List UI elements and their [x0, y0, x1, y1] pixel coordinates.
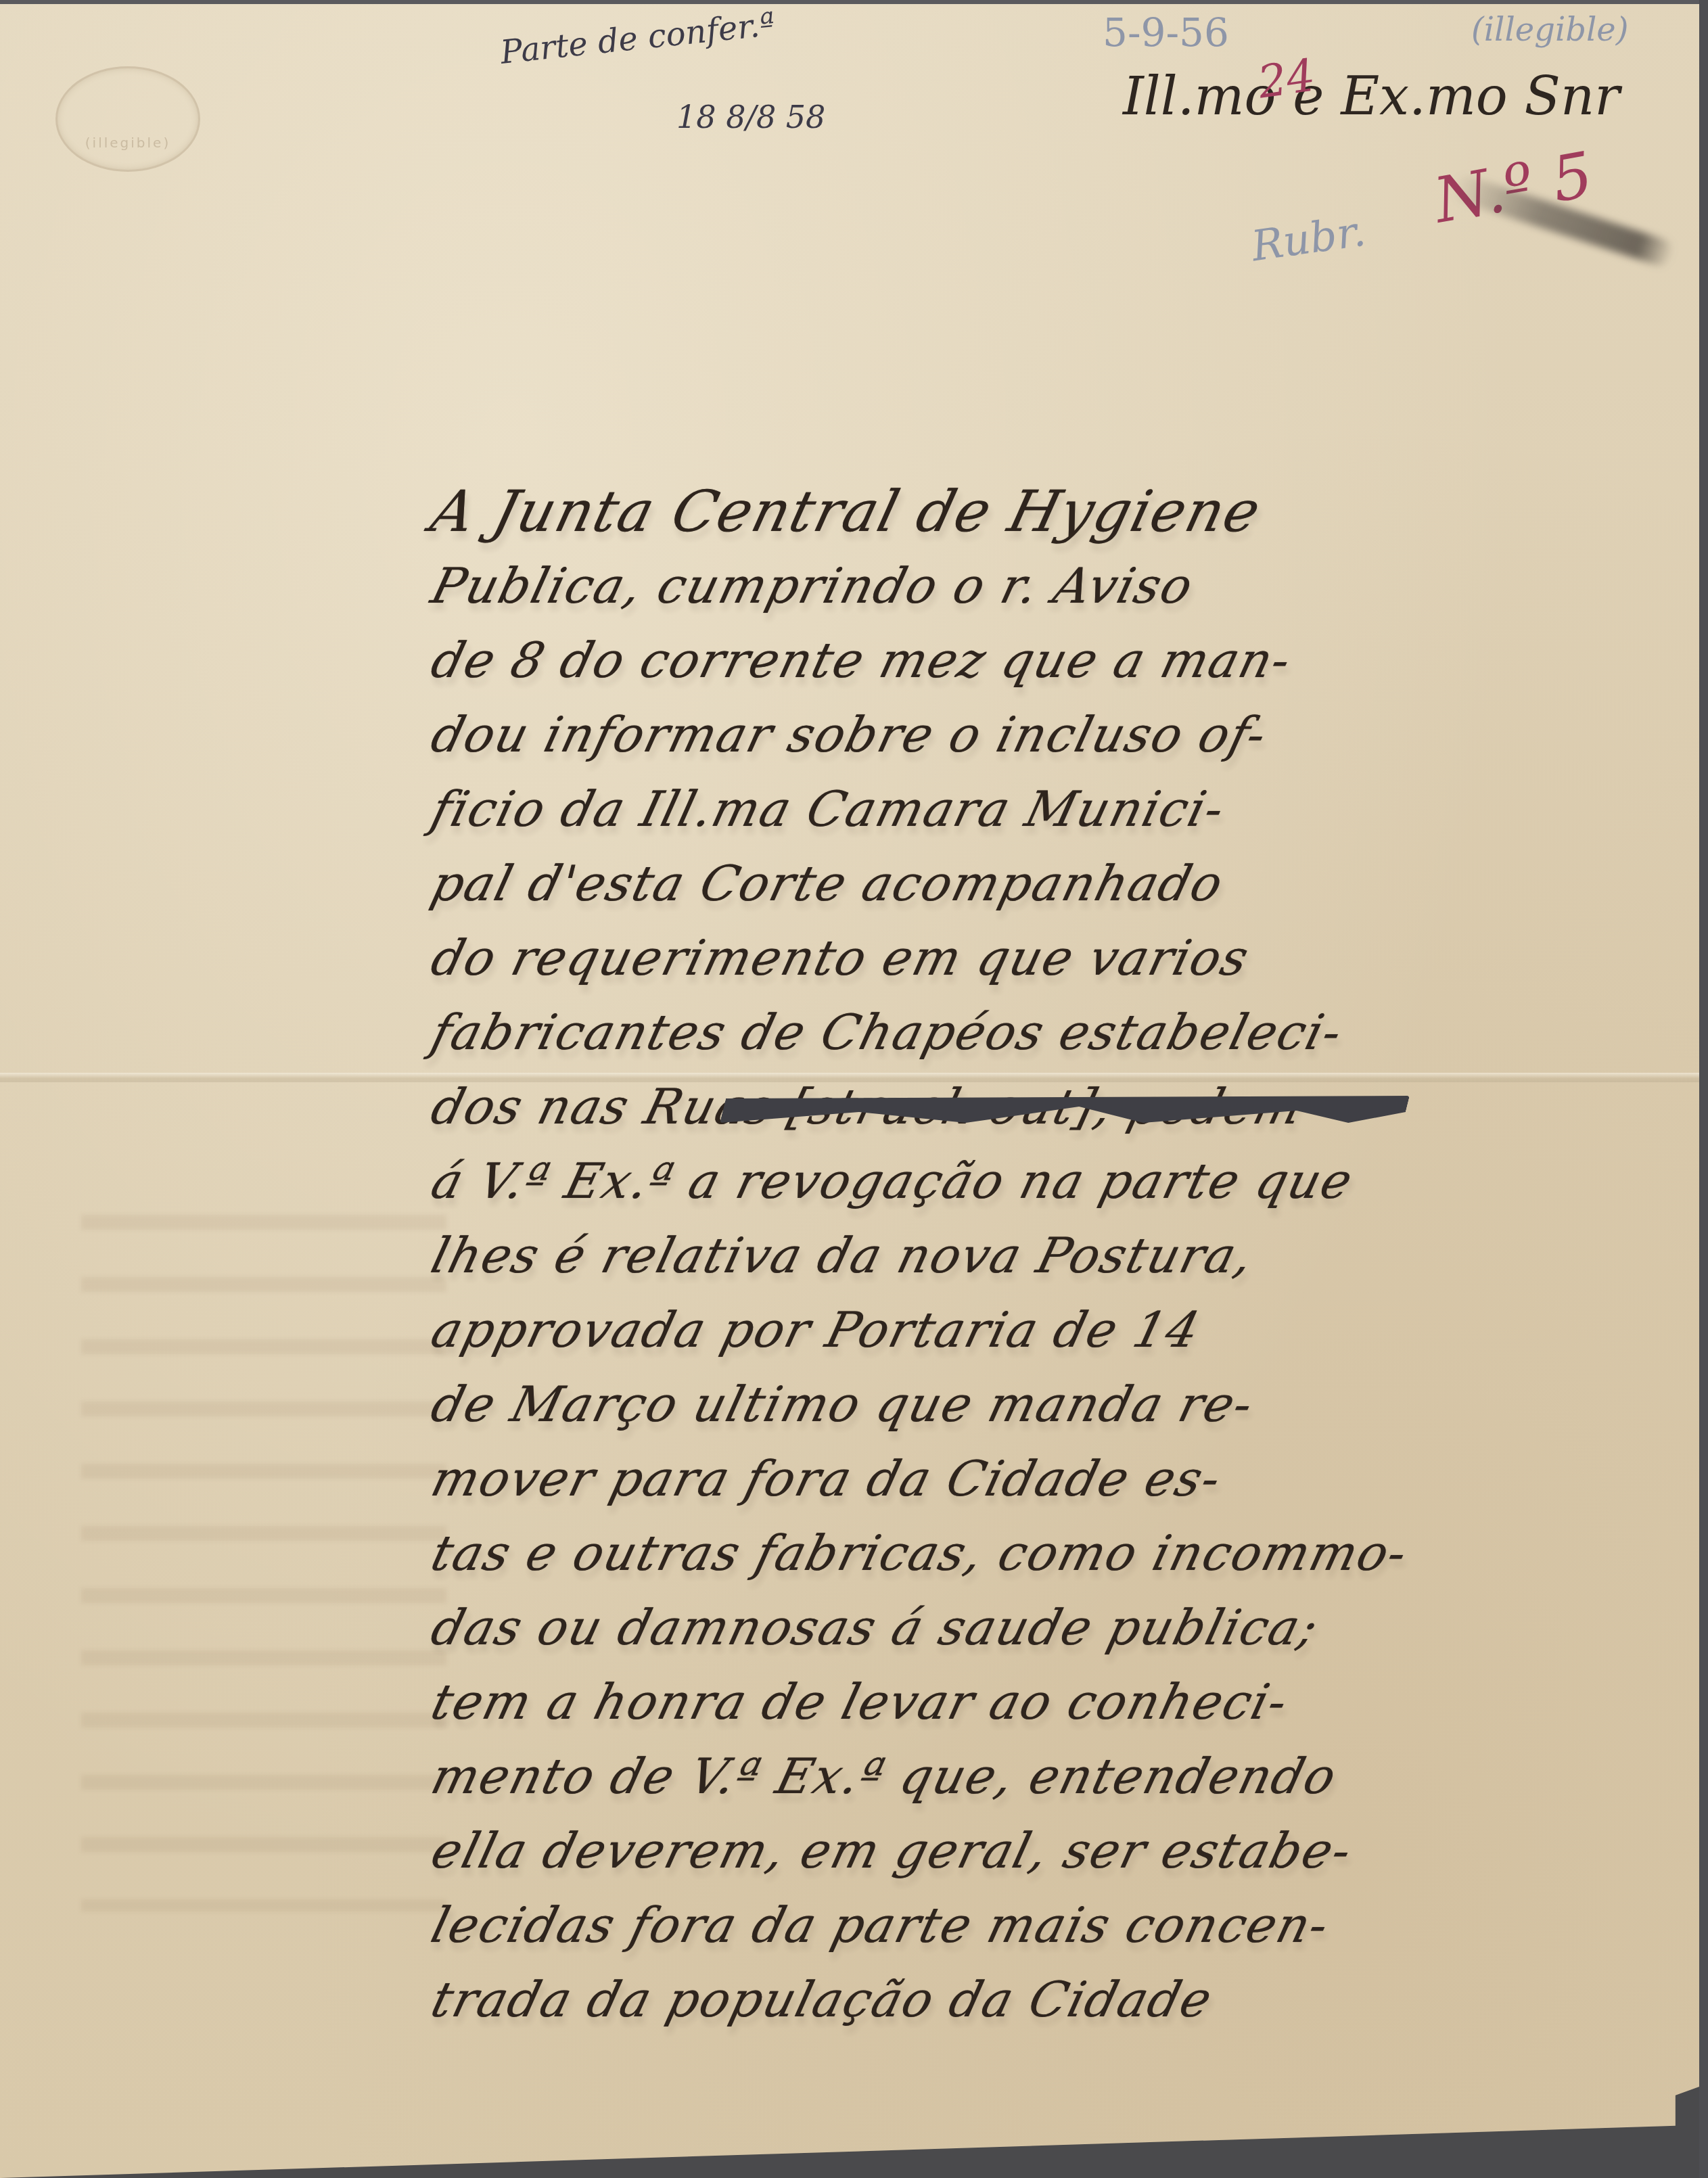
- manuscript-page: (illegible) Parte de confer.ª 18 8/8 58 …: [0, 4, 1699, 2178]
- body-line: A Junta Central de Hygiene: [425, 478, 1700, 545]
- letter-body: A Junta Central de Hygiene Publica, cump…: [433, 478, 1691, 2040]
- body-line: trada da população da Cidade: [425, 1966, 1700, 2033]
- body-line: tas e outras fabricas, como incommo-: [425, 1519, 1700, 1587]
- body-line: das ou damnosas á saude publica;: [425, 1594, 1700, 1661]
- body-line: do requerimento em que varios: [425, 924, 1700, 992]
- body-line: ella deverem, em geral, ser estabe-: [425, 1817, 1700, 1884]
- body-line: mover para fora da Cidade es-: [425, 1445, 1700, 1512]
- body-line-struck: dos nas Ruas [struck out], pedem: [425, 1073, 1700, 1140]
- body-line: lecidas fora da parte mais concen-: [425, 1891, 1700, 1959]
- salutation: Ill.mo e Ex.mo Snr: [1123, 66, 1620, 127]
- body-line: á V.ª Ex.ª a revogação na parte que: [425, 1147, 1700, 1215]
- seal-text: (illegible): [57, 135, 198, 151]
- body-line: lhes é relativa da nova Postura,: [425, 1222, 1700, 1289]
- pencil-date-annotation: 5-9-56: [1103, 9, 1229, 55]
- archive-note: Parte de confer.ª: [499, 5, 777, 72]
- red-ink-number: 24: [1255, 49, 1318, 109]
- body-line: de Março ultimo que manda re-: [425, 1370, 1700, 1438]
- body-line: Publica, cumprindo o r. Aviso: [425, 552, 1700, 620]
- body-line: pal d'esta Corte acompanhado: [425, 850, 1700, 917]
- body-line: tem a honra de levar ao conheci-: [425, 1668, 1700, 1736]
- body-line: ficio da Ill.ma Camara Munici-: [425, 775, 1700, 843]
- body-line: mento de V.ª Ex.ª que, entendendo: [425, 1742, 1700, 1810]
- pencil-rubric: Rubr.: [1249, 206, 1368, 271]
- scan-right-border: [1699, 0, 1708, 2178]
- body-line: dou informar sobre o incluso of-: [425, 701, 1700, 768]
- pencil-annotation: (illegible): [1471, 11, 1628, 49]
- ink-bleed-through: [81, 1167, 446, 1911]
- embossed-seal-icon: (illegible): [55, 66, 200, 172]
- scan-top-border: [0, 0, 1708, 4]
- body-line: approvada por Portaria de 14: [425, 1296, 1700, 1364]
- archive-date: 18 8/8 58: [676, 99, 825, 135]
- body-line: de 8 do corrente mez que a man-: [425, 626, 1700, 694]
- body-line: fabricantes de Chapéos estabeleci-: [425, 998, 1700, 1066]
